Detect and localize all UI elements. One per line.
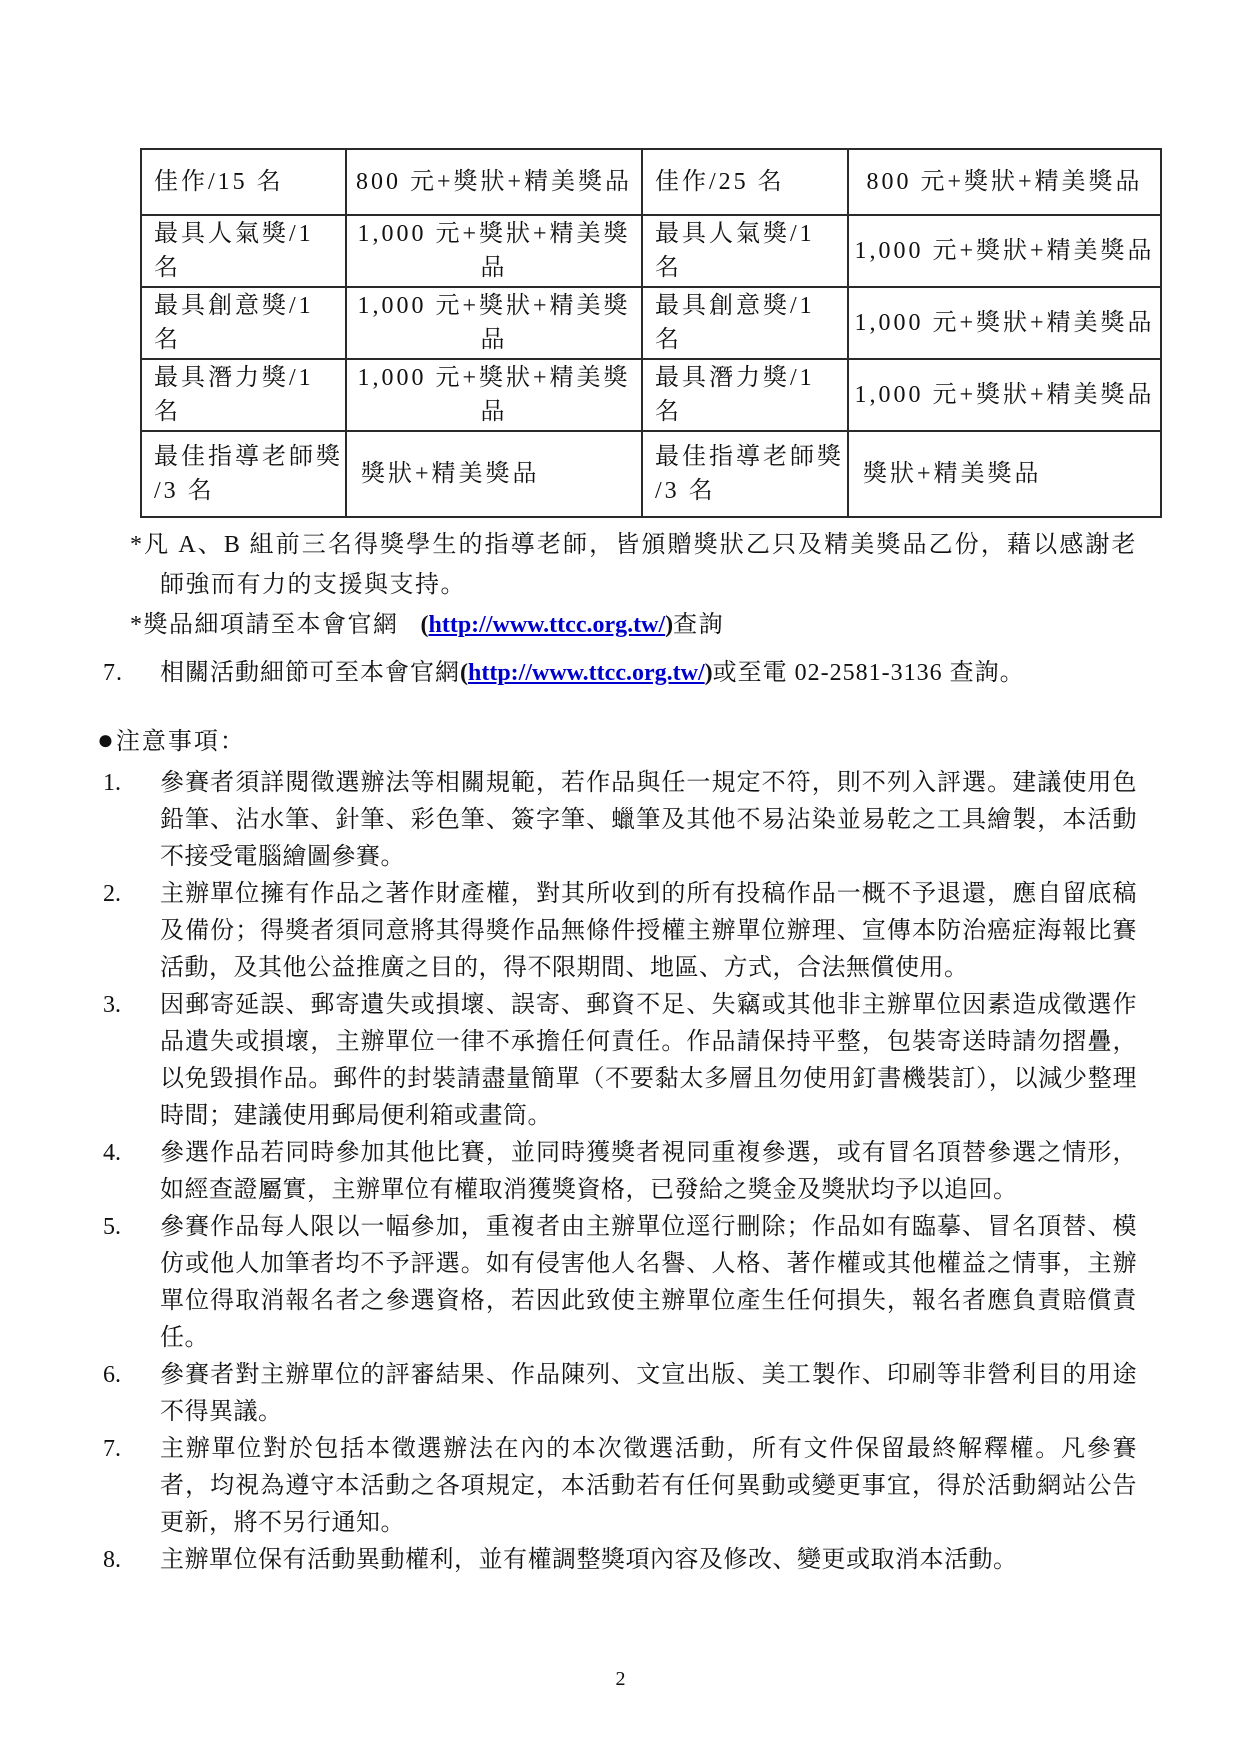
list-item: 8. 主辦單位保有活動異動權利，並有權調整獎項內容及修改、變更或取消本活動。 bbox=[103, 1542, 1137, 1579]
prize-cell: 1,000 元+獎狀+精美獎品 bbox=[346, 287, 642, 359]
item-text: 參選作品若同時參加其他比賽，並同時獲獎者視同重複參選，或有冒名頂替參選之情形，如… bbox=[160, 1135, 1137, 1209]
prize-cell: 800 元+獎狀+精美獎品 bbox=[848, 149, 1161, 215]
item-number: 7. bbox=[103, 653, 160, 693]
open-paren: ( bbox=[460, 660, 468, 686]
close-paren: ) bbox=[705, 660, 713, 686]
award-name-cell: 最具潛力獎/1 名 bbox=[642, 359, 848, 431]
table-row: 最具潛力獎/1 名 1,000 元+獎狀+精美獎品 最具潛力獎/1 名 1,00… bbox=[141, 359, 1161, 431]
award-name-cell: 最佳指導老師獎 /3 名 bbox=[642, 431, 848, 517]
table-row: 最具人氣獎/1 名 1,000 元+獎狀+精美獎品 最具人氣獎/1 名 1,00… bbox=[141, 215, 1161, 287]
list-item-7-activity-details: 7. 相關活動細節可至本會官網(http://www.ttcc.org.tw/)… bbox=[103, 653, 1137, 693]
item-text: 主辦單位對於包括本徵選辦法在內的本次徵選活動，所有文件保留最終解釋權。凡參賽者，… bbox=[160, 1431, 1137, 1542]
item-number: 3. bbox=[103, 987, 160, 1135]
footnote-teacher-award: *凡 A、B 組前三名得獎學生的指導老師，皆頒贈獎狀乙只及精美獎品乙份，藉以感謝… bbox=[130, 525, 1137, 605]
footnote-prize-details: *獎品細項請至本會官網(http://www.ttcc.org.tw/)查詢 bbox=[130, 605, 1137, 645]
list-item: 7. 主辦單位對於包括本徵選辦法在內的本次徵選活動，所有文件保留最終解釋權。凡參… bbox=[103, 1431, 1137, 1542]
item-text: 主辦單位保有活動異動權利，並有權調整獎項內容及修改、變更或取消本活動。 bbox=[160, 1542, 1137, 1579]
item-text: 因郵寄延誤、郵寄遺失或損壞、誤寄、郵資不足、失竊或其他非主辦單位因素造成徵選作品… bbox=[160, 987, 1137, 1135]
ttcc-website-link[interactable]: http://www.ttcc.org.tw/ bbox=[468, 660, 705, 686]
table-row: 最具創意獎/1 名 1,000 元+獎狀+精美獎品 最具創意獎/1 名 1,00… bbox=[141, 287, 1161, 359]
prize-cell: 1,000 元+獎狀+精美獎品 bbox=[848, 215, 1161, 287]
item-number: 1. bbox=[103, 765, 160, 876]
prize-table: 佳作/15 名 800 元+獎狀+精美獎品 佳作/25 名 800 元+獎狀+精… bbox=[140, 148, 1162, 518]
prize-cell: 1,000 元+獎狀+精美獎品 bbox=[346, 215, 642, 287]
prize-cell: 1,000 元+獎狀+精美獎品 bbox=[346, 359, 642, 431]
document-page: 佳作/15 名 800 元+獎狀+精美獎品 佳作/25 名 800 元+獎狀+精… bbox=[0, 0, 1241, 1755]
item-number: 6. bbox=[103, 1357, 160, 1431]
notice-list: 1. 參賽者須詳閱徵選辦法等相關規範，若作品與任一規定不符，則不列入評選。建議使… bbox=[103, 765, 1137, 1579]
list-item: 5. 參賽作品每人限以一幅參加，重複者由主辦單位逕行刪除；作品如有臨摹、冒名頂替… bbox=[103, 1209, 1137, 1357]
item-text: 相關活動細節可至本會官網(http://www.ttcc.org.tw/)或至電… bbox=[160, 653, 1025, 693]
close-paren: ) bbox=[665, 612, 673, 638]
award-name-cell: 最具創意獎/1 名 bbox=[642, 287, 848, 359]
list-item: 6. 參賽者對主辦單位的評審結果、作品陳列、文宣出版、美工製作、印刷等非營利目的… bbox=[103, 1357, 1137, 1431]
award-name-cell: 最具潛力獎/1 名 bbox=[141, 359, 346, 431]
item-number: 8. bbox=[103, 1542, 160, 1579]
award-name-cell: 最具人氣獎/1 名 bbox=[141, 215, 346, 287]
notice-section-heading: ●注意事項： bbox=[97, 721, 1241, 762]
award-name-cell: 最具人氣獎/1 名 bbox=[642, 215, 848, 287]
notice-heading-text: 注意事項： bbox=[116, 729, 246, 755]
ttcc-website-link[interactable]: http://www.ttcc.org.tw/ bbox=[429, 612, 666, 638]
item-number: 7. bbox=[103, 1431, 160, 1542]
item-text-suffix: 或至電 02-2581-3136 查詢。 bbox=[713, 660, 1025, 686]
item-text: 參賽者須詳閱徵選辦法等相關規範，若作品與任一規定不符，則不列入評選。建議使用色鉛… bbox=[160, 765, 1137, 876]
item-number: 4. bbox=[103, 1135, 160, 1209]
table-row: 最佳指導老師獎 /3 名 獎狀+精美獎品 最佳指導老師獎 /3 名 獎狀+精美獎… bbox=[141, 431, 1161, 517]
award-name-cell: 最佳指導老師獎 /3 名 bbox=[141, 431, 346, 517]
list-item: 2. 主辦單位擁有作品之著作財產權，對其所收到的所有投稿作品一概不予退還，應自留… bbox=[103, 876, 1137, 987]
page-number: 2 bbox=[0, 1668, 1241, 1691]
prize-cell: 1,000 元+獎狀+精美獎品 bbox=[848, 287, 1161, 359]
table-footnotes: *凡 A、B 組前三名得獎學生的指導老師，皆頒贈獎狀乙只及精美獎品乙份，藉以感謝… bbox=[130, 525, 1137, 645]
list-item: 3. 因郵寄延誤、郵寄遺失或損壞、誤寄、郵資不足、失竊或其他非主辦單位因素造成徵… bbox=[103, 987, 1137, 1135]
table-row: 佳作/15 名 800 元+獎狀+精美獎品 佳作/25 名 800 元+獎狀+精… bbox=[141, 149, 1161, 215]
open-paren: ( bbox=[421, 612, 429, 638]
item-text: 參賽者對主辦單位的評審結果、作品陳列、文宣出版、美工製作、印刷等非營利目的用途不… bbox=[160, 1357, 1137, 1431]
item-number: 2. bbox=[103, 876, 160, 987]
prize-cell: 獎狀+精美獎品 bbox=[346, 431, 642, 517]
prize-cell: 1,000 元+獎狀+精美獎品 bbox=[848, 359, 1161, 431]
list-item: 4. 參選作品若同時參加其他比賽，並同時獲獎者視同重複參選，或有冒名頂替參選之情… bbox=[103, 1135, 1137, 1209]
list-item: 1. 參賽者須詳閱徵選辦法等相關規範，若作品與任一規定不符，則不列入評選。建議使… bbox=[103, 765, 1137, 876]
prize-cell: 800 元+獎狀+精美獎品 bbox=[346, 149, 642, 215]
footnote-prize-text: *獎品細項請至本會官網 bbox=[130, 612, 399, 638]
prize-cell: 獎狀+精美獎品 bbox=[848, 431, 1161, 517]
item-number: 5. bbox=[103, 1209, 160, 1357]
footnote-prize-suffix: 查詢 bbox=[673, 612, 724, 638]
award-name-cell: 佳作/25 名 bbox=[642, 149, 848, 215]
item-text: 主辦單位擁有作品之著作財產權，對其所收到的所有投稿作品一概不予退還，應自留底稿及… bbox=[160, 876, 1137, 987]
award-name-cell: 佳作/15 名 bbox=[141, 149, 346, 215]
bullet-icon: ● bbox=[97, 725, 116, 756]
item-text: 參賽作品每人限以一幅參加，重複者由主辦單位逕行刪除；作品如有臨摹、冒名頂替、模仿… bbox=[160, 1209, 1137, 1357]
item-text-prefix: 相關活動細節可至本會官網 bbox=[160, 660, 460, 686]
award-name-cell: 最具創意獎/1 名 bbox=[141, 287, 346, 359]
